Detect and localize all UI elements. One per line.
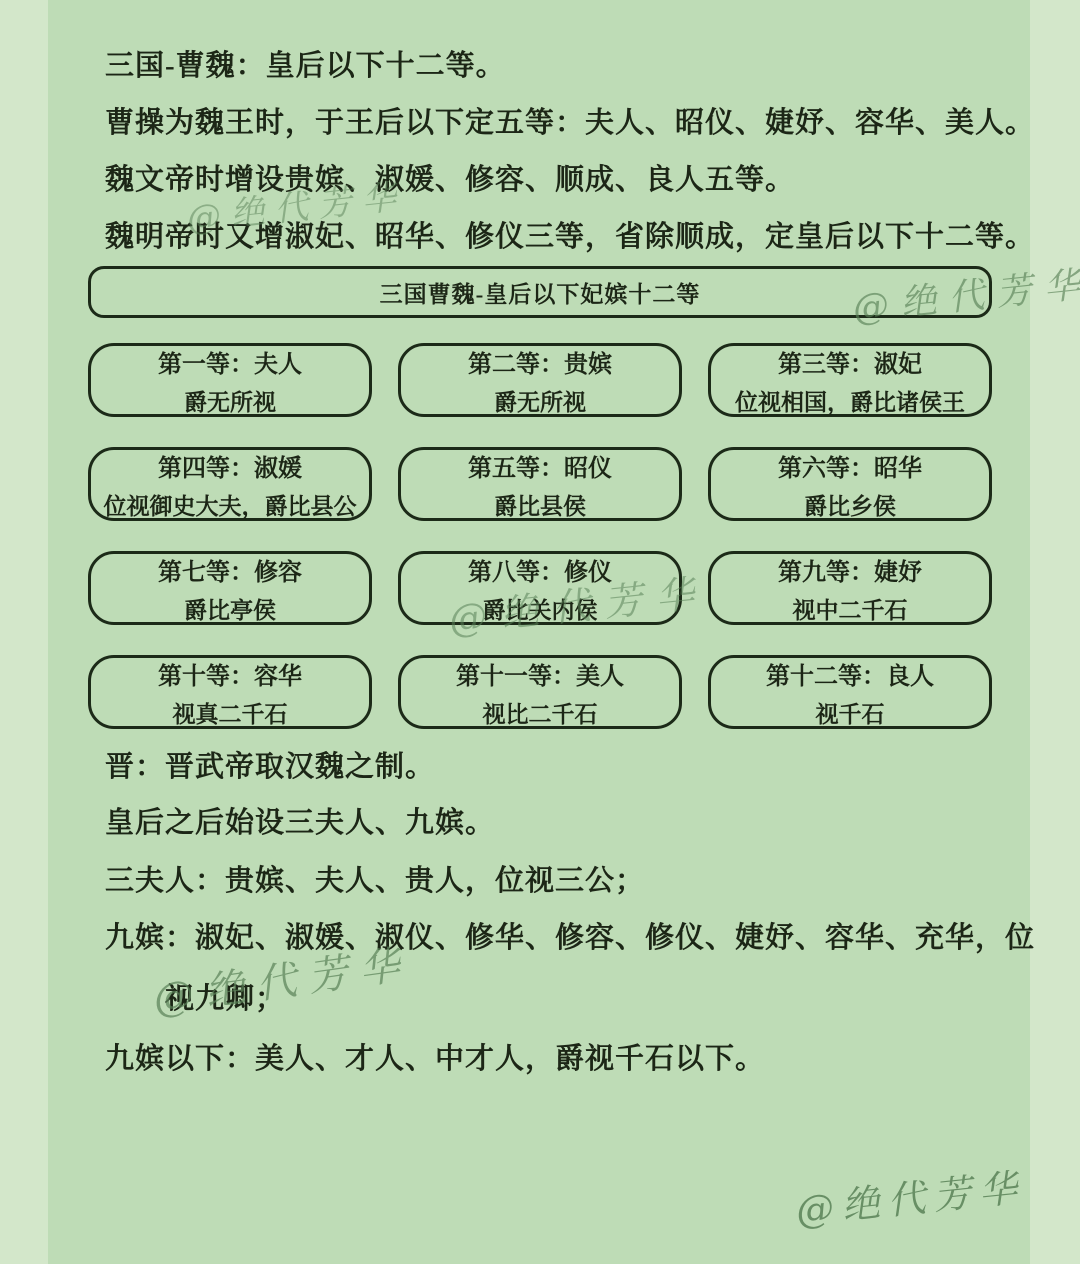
rank-title: 第六等：昭华: [778, 448, 922, 483]
rank-grid: 第一等：夫人 爵无所视 第二等：贵嫔 爵无所视 第三等：淑妃 位视相国，爵比诸侯…: [88, 343, 992, 729]
rank-card-7: 第七等：修容 爵比亭侯: [88, 551, 372, 625]
rank-title: 第十二等：良人: [766, 656, 934, 691]
outro-line-2: 皇后之后始设三夫人、九嫔。: [105, 806, 495, 840]
rank-title: 第八等：修仪: [468, 552, 612, 587]
rank-card-1: 第一等：夫人 爵无所视: [88, 343, 372, 417]
outro-line-3: 三夫人：贵嫔、夫人、贵人，位视三公；: [105, 864, 645, 898]
right-margin-band: [1030, 0, 1080, 1264]
intro-line-3: 魏文帝时增设贵嫔、淑媛、修容、顺成、良人五等。: [105, 163, 795, 197]
intro-line-1: 三国-曹魏：皇后以下十二等。: [105, 49, 506, 83]
table-title: 三国曹魏-皇后以下妃嫔十二等: [380, 276, 701, 309]
rank-desc: 爵无所视: [494, 384, 586, 417]
rank-desc: 视千石: [816, 696, 885, 729]
rank-desc: 爵比关内侯: [483, 592, 598, 625]
rank-desc: 位视御史大夫，爵比县公: [104, 488, 357, 521]
rank-title: 第三等：淑妃: [778, 344, 922, 379]
rank-title: 第二等：贵嫔: [468, 344, 612, 379]
rank-card-4: 第四等：淑媛 位视御史大夫，爵比县公: [88, 447, 372, 521]
rank-title: 第十等：容华: [158, 656, 302, 691]
outro-line-1: 晋：晋武帝取汉魏之制。: [105, 750, 435, 784]
outro-line-4: 九嫔：淑妃、淑媛、淑仪、修华、修容、修仪、婕妤、容华、充华，位: [105, 921, 1035, 955]
rank-card-10: 第十等：容华 视真二千石: [88, 655, 372, 729]
rank-title: 第七等：修容: [158, 552, 302, 587]
rank-card-8: 第八等：修仪 爵比关内侯: [398, 551, 682, 625]
rank-desc: 爵比乡侯: [804, 488, 896, 521]
rank-desc: 视比二千石: [483, 696, 598, 729]
rank-desc: 位视相国，爵比诸侯王: [735, 384, 965, 417]
rank-desc: 爵无所视: [184, 384, 276, 417]
rank-title: 第四等：淑媛: [158, 448, 302, 483]
rank-title: 第五等：昭仪: [468, 448, 612, 483]
rank-card-5: 第五等：昭仪 爵比县侯: [398, 447, 682, 521]
rank-title: 第十一等：美人: [456, 656, 624, 691]
rank-card-2: 第二等：贵嫔 爵无所视: [398, 343, 682, 417]
intro-line-2: 曹操为魏王时，于王后以下定五等：夫人、昭仪、婕妤、容华、美人。: [105, 106, 1035, 140]
rank-card-11: 第十一等：美人 视比二千石: [398, 655, 682, 729]
rank-card-3: 第三等：淑妃 位视相国，爵比诸侯王: [708, 343, 992, 417]
rank-card-12: 第十二等：良人 视千石: [708, 655, 992, 729]
rank-title: 第九等：婕妤: [778, 552, 922, 587]
watermark-signature: @绝代芳华: [793, 1156, 1028, 1235]
rank-desc: 视中二千石: [793, 592, 908, 625]
rank-card-9: 第九等：婕妤 视中二千石: [708, 551, 992, 625]
rank-card-6: 第六等：昭华 爵比乡侯: [708, 447, 992, 521]
rank-title: 第一等：夫人: [158, 344, 302, 379]
table-title-box: 三国曹魏-皇后以下妃嫔十二等: [88, 266, 992, 318]
rank-desc: 爵比亭侯: [184, 592, 276, 625]
rank-desc: 爵比县侯: [494, 488, 586, 521]
rank-desc: 视真二千石: [173, 696, 288, 729]
left-margin-band: [0, 0, 48, 1264]
intro-line-4: 魏明帝时又增淑妃、昭华、修仪三等，省除顺成，定皇后以下十二等。: [105, 220, 1035, 254]
outro-line-5: 九嫔以下：美人、才人、中才人，爵视千石以下。: [105, 1042, 765, 1076]
outro-line-4-continued: 视九卿；: [165, 982, 285, 1016]
